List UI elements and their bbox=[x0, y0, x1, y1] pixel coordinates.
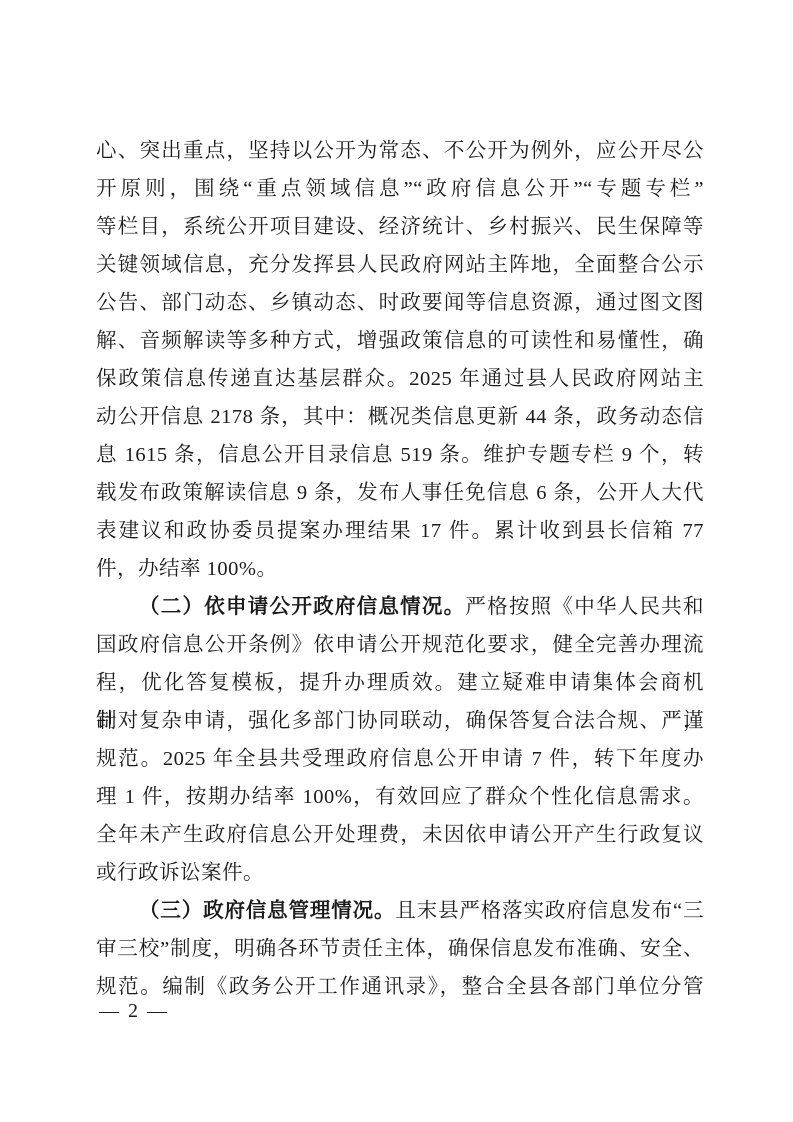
document-line: 表建议和政协委员提案办理结果 17 件。累计收到县长信箱 77 bbox=[96, 512, 704, 550]
body-text: 动公开信息 2178 条，其中：概况类信息更新 44 条，政务动态信 bbox=[96, 406, 704, 428]
body-text: 件，办结率 100%。 bbox=[96, 558, 277, 580]
body-text: 且末县严格落实政府信息发布“三 bbox=[395, 900, 704, 922]
document-line: 开原则，围绕“重点领域信息”“政府信息公开”“专题专栏” bbox=[96, 170, 704, 208]
document-line: 规范。2025 年全县共受理政府信息公开申请 7 件，转下年度办 bbox=[96, 740, 704, 778]
body-text: 国政府信息公开条例》依申请公开规范化要求，健全完善办理流 bbox=[96, 634, 704, 656]
body-text: 息 1615 条，信息公开目录信息 519 条。维护专题专栏 9 个，转 bbox=[96, 444, 704, 466]
body-text: 针对复杂申请，强化多部门协同联动，确保答复合法合规、严谨 bbox=[96, 710, 704, 732]
document-line: 心、突出重点，坚持以公开为常态、不公开为例外，应公开尽公 bbox=[96, 132, 704, 170]
document-line: 或行政诉讼案件。 bbox=[96, 854, 704, 892]
document-line: 针对复杂申请，强化多部门协同联动，确保答复合法合规、严谨 bbox=[96, 702, 704, 740]
body-text: 解、音频解读等多种方式，增强政策信息的可读性和易懂性，确 bbox=[96, 330, 704, 352]
document-page: 心、突出重点，坚持以公开为常态、不公开为例外，应公开尽公开原则，围绕“重点领域信… bbox=[0, 0, 793, 1122]
document-line: 规范。编制《政务公开工作通讯录》，整合全县各部门单位分管 bbox=[96, 968, 704, 1006]
document-line: （二）依申请公开政府信息情况。严格按照《中华人民共和 bbox=[96, 588, 704, 626]
document-line: 全年未产生政府信息公开处理费，未因依申请公开产生行政复议 bbox=[96, 816, 704, 854]
document-line: 保政策信息传递直达基层群众。2025 年通过县人民政府网站主 bbox=[96, 360, 704, 398]
document-line: 审三校”制度，明确各环节责任主体，确保信息发布准确、安全、 bbox=[96, 930, 704, 968]
body-text: 表建议和政协委员提案办理结果 17 件。累计收到县长信箱 77 bbox=[96, 520, 704, 542]
document-line: 件，办结率 100%。 bbox=[96, 550, 704, 588]
document-line: 公告、部门动态、乡镇动态、时政要闻等信息资源，通过图文图 bbox=[96, 284, 704, 322]
text-block: 心、突出重点，坚持以公开为常态、不公开为例外，应公开尽公开原则，围绕“重点领域信… bbox=[96, 132, 704, 1006]
document-line: 国政府信息公开条例》依申请公开规范化要求，健全完善办理流 bbox=[96, 626, 704, 664]
body-text: 审三校”制度，明确各环节责任主体，确保信息发布准确、安全、 bbox=[96, 938, 704, 960]
body-text: 全年未产生政府信息公开处理费，未因依申请公开产生行政复议 bbox=[96, 824, 704, 846]
document-line: 解、音频解读等多种方式，增强政策信息的可读性和易懂性，确 bbox=[96, 322, 704, 360]
document-line: 载发布政策解读信息 9 条，发布人事任免信息 6 条，公开人大代 bbox=[96, 474, 704, 512]
document-line: 理 1 件，按期办结率 100%，有效回应了群众个性化信息需求。 bbox=[96, 778, 704, 816]
document-line: 关键领域信息，充分发挥县人民政府网站主阵地，全面整合公示 bbox=[96, 246, 704, 284]
body-text: 载发布政策解读信息 9 条，发布人事任免信息 6 条，公开人大代 bbox=[96, 482, 704, 504]
body-text: 规范。编制《政务公开工作通讯录》，整合全县各部门单位分管 bbox=[96, 976, 704, 998]
body-text: 等栏目，系统公开项目建设、经济统计、乡村振兴、民生保障等 bbox=[96, 216, 704, 238]
document-line: 等栏目，系统公开项目建设、经济统计、乡村振兴、民生保障等 bbox=[96, 208, 704, 246]
section-heading: （三）政府信息管理情况。 bbox=[139, 900, 395, 922]
document-line: 息 1615 条，信息公开目录信息 519 条。维护专题专栏 9 个，转 bbox=[96, 436, 704, 474]
body-text: 关键领域信息，充分发挥县人民政府网站主阵地，全面整合公示 bbox=[96, 254, 704, 276]
body-text: 公告、部门动态、乡镇动态、时政要闻等信息资源，通过图文图 bbox=[96, 292, 704, 314]
document-line: 程，优化答复模板，提升办理质效。建立疑难申请集体会商机制， bbox=[96, 664, 704, 702]
section-heading: （二）依申请公开政府信息情况。 bbox=[139, 596, 465, 618]
body-text: 理 1 件，按期办结率 100%，有效回应了群众个性化信息需求。 bbox=[96, 786, 704, 808]
body-text: 心、突出重点，坚持以公开为常态、不公开为例外，应公开尽公 bbox=[96, 140, 704, 162]
body-text: 或行政诉讼案件。 bbox=[96, 862, 264, 884]
body-text: 开原则，围绕“重点领域信息”“政府信息公开”“专题专栏” bbox=[96, 178, 704, 200]
page-number: — 2 — bbox=[99, 998, 169, 1024]
body-text: 保政策信息传递直达基层群众。2025 年通过县人民政府网站主 bbox=[96, 368, 704, 390]
body-text: 规范。2025 年全县共受理政府信息公开申请 7 件，转下年度办 bbox=[96, 748, 704, 770]
document-line: 动公开信息 2178 条，其中：概况类信息更新 44 条，政务动态信 bbox=[96, 398, 704, 436]
document-line: （三）政府信息管理情况。且末县严格落实政府信息发布“三 bbox=[96, 892, 704, 930]
body-text: 严格按照《中华人民共和 bbox=[465, 596, 704, 618]
